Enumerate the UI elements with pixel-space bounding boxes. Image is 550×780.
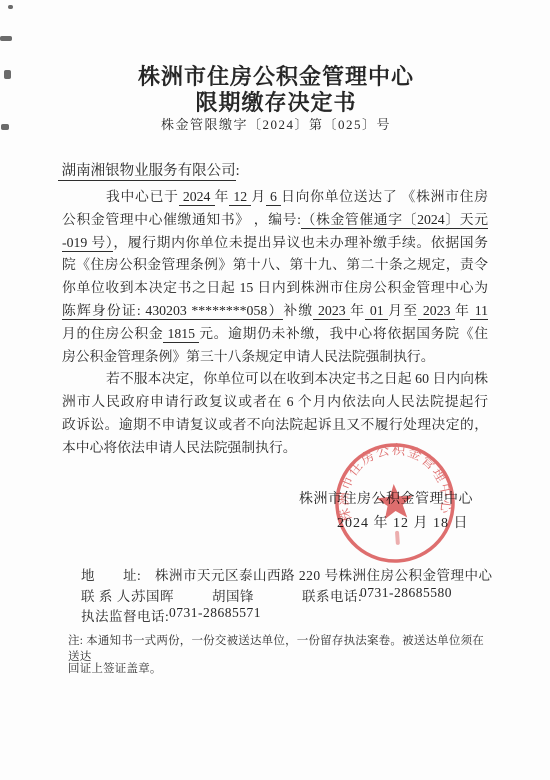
text-segment: 元。逾期仍未补缴，我中心将依据国务院《住 — [199, 326, 488, 341]
underlined-text: 1815 — [163, 326, 199, 343]
text-line: 我中心已于 2024 年 12 月 6 日向你单位送达了 《株洲市住房 — [62, 186, 488, 209]
official-seal-stamp: 株洲市住房公积金管理中心 — [327, 435, 464, 572]
underlined-text: （株金管催通字〔2024〕天元 — [301, 212, 488, 229]
text-line: 湖南湘银物业服务有限公司: — [58, 160, 488, 183]
text-line: 若不服本决定，你单位可以在收到本决定书之日起 60 日内向株 — [62, 368, 488, 391]
underlined-text: 2023 — [418, 303, 455, 320]
text-segment: 日向你单位送达了 《株洲市住房 — [281, 189, 488, 204]
text-segment: ，履行期内你单位未提出异议也未办理补缴手续。依据国务 — [113, 235, 488, 250]
text-segment: 你单位收到本决定书之日起 15 日内到株洲市住房公积金管理中心为 — [62, 280, 488, 295]
text-segment: 房公积金管理条例》第三十八条规定申请人民法院强制执行。 — [62, 349, 435, 364]
text-line: -019 号），履行期内你单位未提出异议也未办理补缴手续。依据国务 — [62, 232, 488, 255]
text-line: 院《住房公积金管理条例》第十八、第十九、第二十条之规定，责令 — [62, 254, 488, 277]
underlined-text: 01 — [365, 303, 388, 320]
document-title-type: 限期缴存决定书 — [62, 90, 490, 115]
document-page: 株洲市住房公积金管理中心 限期缴存决定书 株金管限缴字〔2024〕第〔025〕号… — [0, 0, 550, 780]
text-segment: 月 — [251, 189, 266, 204]
address-label: 地 址: — [81, 564, 141, 584]
underlined-text: 2024 — [179, 189, 215, 206]
scan-artifact — [0, 36, 12, 41]
text-line: 陈辉身份证: 430203 ********058）补缴 2023 年 01 月… — [62, 300, 488, 323]
document-title-org: 株洲市住房公积金管理中心 — [62, 64, 490, 89]
document-body: 我中心已于 2024 年 12 月 6 日向你单位送达了 《株洲市住房公积金管理… — [62, 186, 488, 460]
phone-label: 联系电话: — [302, 585, 362, 605]
contact-person-label: 联 系 人: — [81, 585, 135, 605]
paragraph-1: 我中心已于 2024 年 12 月 6 日向你单位送达了 《株洲市住房公积金管理… — [62, 186, 488, 368]
seal-star-icon — [376, 483, 414, 520]
text-segment: 年 — [215, 189, 230, 204]
address-value: 株洲市天元区泰山西路 220 号株洲住房公积金管理中心 — [155, 564, 493, 584]
text-segment: 若不服本决定，你单位可以在收到本决定书之日起 60 日内向株 — [106, 371, 488, 386]
text-line: 政诉讼。逾期不申请复议或者不向法院起诉且又不履行处理决定的， — [62, 414, 488, 437]
recipient-line: 湖南湘银物业服务有限公司: — [58, 160, 488, 183]
underlined-text: -019 号） — [62, 235, 113, 252]
text-segment: 月的住房公积金 — [62, 326, 163, 341]
text-segment: 洲市人民政府申请行政复议或者在 6 个月内依法向人民法院提起行 — [62, 394, 488, 409]
scan-artifact — [8, 5, 13, 9]
text-segment: 公积金管理中心催缴通知书》 ，编号: — [62, 212, 301, 227]
text-line: 洲市人民政府申请行政复议或者在 6 个月内依法向人民法院提起行 — [62, 391, 488, 414]
text-segment: 年 — [350, 303, 365, 318]
contact-person-2: 胡国锋 — [212, 585, 254, 605]
underlined-text: 12 — [229, 189, 251, 206]
text-segment: 月至 — [388, 303, 418, 318]
underlined-text: 陈辉身份证: 430203 ********058） — [62, 303, 283, 320]
footer-note-line2: 回证上签证盖章。 — [68, 660, 162, 676]
phone-value: 0731-28685580 — [360, 585, 452, 601]
underlined-text: 湖南湘银物业服务有限公司 — [58, 163, 236, 181]
text-segment: 年 — [455, 303, 470, 318]
text-segment: 政诉讼。逾期不申请复议或者不向法院起诉且又不履行处理决定的， — [62, 417, 488, 432]
text-segment: 本中心将依法申请人民法院强制执行。 — [62, 440, 297, 455]
text-line: 月的住房公积金 1815 元。逾期仍未补缴，我中心将依据国务院《住 — [62, 323, 488, 346]
text-line: 公积金管理中心催缴通知书》 ，编号:（株金管催通字〔2024〕天元 — [62, 209, 488, 232]
underlined-text: 11 — [470, 303, 488, 320]
supervision-phone-value: 0731-28685571 — [169, 605, 261, 621]
text-line: 房公积金管理条例》第三十八条规定申请人民法院强制执行。 — [62, 346, 488, 369]
underlined-text: 6 — [266, 189, 281, 206]
seal-code-mark — [395, 531, 400, 545]
underlined-text: 2023 — [313, 303, 350, 320]
text-segment: 我中心已于 — [106, 189, 179, 204]
text-segment: 补缴 — [283, 303, 313, 318]
contact-person-1: 苏国晖 — [132, 585, 174, 605]
document-number: 株金管限缴字〔2024〕第〔025〕号 — [62, 114, 490, 133]
text-segment: 院《住房公积金管理条例》第十八、第十九、第二十条之规定，责令 — [62, 257, 488, 272]
scan-artifact — [4, 70, 11, 79]
text-segment: : — [236, 163, 240, 179]
supervision-phone-label: 执法监督电话: — [81, 605, 169, 625]
scan-artifact — [1, 124, 9, 130]
text-line: 你单位收到本决定书之日起 15 日内到株洲市住房公积金管理中心为 — [62, 277, 488, 300]
